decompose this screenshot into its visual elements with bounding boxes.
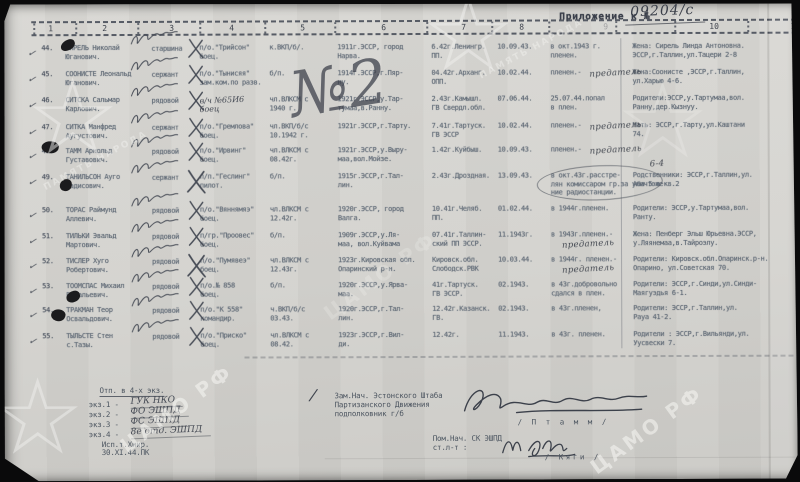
fate-annotation-handwriting: предатель (562, 263, 615, 276)
x-mark-handwriting (186, 301, 208, 321)
row-number: 50. (42, 206, 54, 215)
margin-scribble-handwriting (130, 222, 182, 236)
cell-draft: ГВ ЭССР. (432, 289, 463, 298)
cell-name: Освальдович. (66, 315, 112, 324)
cell-name: ТАНИЛЬСОН Ауго (66, 173, 120, 182)
cell-draft: ГВ Свердл.обл. (432, 103, 486, 112)
row-number: 53. (42, 282, 54, 291)
cell-name: СИТКА Манфред (66, 123, 116, 132)
row-checkmark: ✓ (27, 127, 37, 139)
cell-party: 08.42г. (270, 155, 297, 164)
cell-name: Густавович. (66, 156, 109, 165)
signature2-typed-name: / Кяги / (545, 452, 601, 461)
cell-relatives: Жена: Сирель Линда Антоновна. (632, 42, 744, 51)
cell-name: ТЫЛЬСТЕ Стен (66, 332, 112, 341)
copy-line-typed: экз.1 - (89, 400, 119, 409)
cell-name: ТИСЛЕР Хуго (66, 257, 109, 266)
cell-relatives: Родители: ЭССР,у.Тартумаа,вол. (633, 204, 749, 213)
cell-party: 12.43г. (270, 265, 297, 274)
row-checkmark: ✓ (27, 210, 37, 222)
cell-birth: 1921г.ЭССР,у.Выру- (338, 146, 408, 155)
cell-relatives: 74. (633, 130, 645, 139)
cell-draft: ГВ ЭССР (432, 130, 459, 139)
cell-party: 12.42г. (270, 214, 297, 223)
cell-birth: 1909г.ЭССР,у.Ля- (338, 231, 400, 240)
row-number: 44. (41, 44, 53, 53)
x-mark-handwriting (186, 227, 208, 247)
cell-relatives: Родители: Кировск.обл.Опаринск.р-н. (633, 255, 768, 264)
cell-party: чл.ВЛКСМ с (270, 256, 309, 265)
cell-draft: 07.41г.Таллин- (432, 231, 486, 240)
cell-draft: ГВ. (432, 313, 444, 322)
cell-date: 11.1943. (498, 331, 529, 340)
cell-birth: маа, вол.Куйвама (338, 240, 400, 249)
cell-draft: ский ПП ЭССР. (432, 239, 482, 248)
cell-birth: 1915г.ЭССР,г.Тал- (338, 172, 404, 181)
cell-party: чл.ВЛКСМ с (270, 146, 309, 155)
cell-draft: 41г.Тартуск. (432, 281, 478, 290)
row-number: 55. (42, 332, 54, 341)
row-number: 47. (42, 123, 54, 132)
cell-date: 10.09.43. (498, 146, 533, 155)
cell-name: ТИЛЬКИ Эвальд (66, 232, 116, 241)
cell-name: ТАММ Арнольд (66, 147, 112, 156)
big-number-handwriting: №2 (284, 44, 393, 132)
signature1-title: подполковник г/б (335, 409, 404, 418)
cell-date: 10.03.44. (498, 256, 533, 265)
margin-scribble-handwriting (130, 272, 182, 286)
cell-date: 11.1943г. (498, 231, 533, 240)
cell-date: 02.1943. (498, 281, 529, 290)
row-checkmark: ✓ (27, 310, 37, 322)
cell-relatives: Родители: ЭССР,г.Таллин,ул. (633, 304, 737, 313)
cell-fate: пленен. (550, 51, 577, 60)
cell-relatives: Мать: ЭССР,г.Тарту,ул.Каштани (633, 121, 745, 130)
row-number: 45. (41, 70, 53, 79)
cell-fate: в 1944г.пленен. (551, 204, 609, 213)
cell-name: ТОРАС Раймунд (66, 206, 116, 215)
row-checkmark: ✓ (27, 151, 37, 163)
copy-line-typed: экз.3 - (89, 420, 119, 429)
margin-scribble-handwriting (129, 34, 181, 48)
cell-draft: 04.42г.Арханг. (431, 69, 485, 78)
cell-fate: в 43г. пленен. (551, 330, 605, 339)
cell-fate: 25.07.44.попал (550, 94, 604, 103)
cell-party: б/п. (270, 281, 285, 290)
fate-circle-annotation (536, 163, 663, 203)
row-number: 51. (42, 232, 54, 241)
cell-name: ТООМСПАС Михаил (66, 282, 124, 291)
cell-draft: 10.41г.Челяб. (432, 205, 482, 214)
margin-scribble-handwriting (130, 322, 182, 336)
cell-birth: 1923г.Кировская обл. (338, 256, 415, 265)
cell-party: 03.43. (270, 314, 293, 323)
cell-birth: маа,вол.Мойзе. (338, 155, 392, 164)
cell-relatives: Маягуэдья 6-1. (633, 288, 687, 297)
cell-relatives: Ранту. (633, 213, 656, 222)
cell-name: ТРАКМАН Теор (66, 306, 112, 315)
cell-draft: 12.42г. (432, 331, 459, 340)
cell-fate: пленен.- (550, 68, 581, 77)
cell-draft: ПП. (432, 213, 444, 222)
x-mark-handwriting (186, 118, 208, 138)
cell-name: Юганович. (65, 53, 100, 62)
row-checkmark: ✓ (27, 236, 37, 248)
cell-birth: 1920г.ЭССР,г.Тал- (338, 305, 404, 314)
cell-name: Юганович. (65, 79, 100, 88)
x-mark-handwriting (186, 252, 208, 280)
cell-birth: лин. (338, 314, 353, 323)
cell-relatives: Ранну,дер.Кызнуу. (633, 102, 699, 111)
cell-fate: пленен.- (551, 145, 582, 154)
cell-relatives: ЭССР,г.Таллин,ул.Тацери 2-8 (632, 50, 736, 59)
cell-name: Мартович. (66, 241, 101, 250)
row-number: 46. (41, 96, 53, 105)
cell-date: 13.09.43. (498, 172, 533, 181)
x-mark-handwriting (186, 327, 208, 347)
cell-party: чл.ВЛКСМ с (270, 331, 309, 340)
margin-scribble-handwriting (129, 60, 181, 74)
cell-name: СООНИСТЕ Леональд (65, 70, 131, 79)
cell-relatives: у.Ляянемаа,в.Тайроэлу. (633, 238, 718, 247)
relatives-annotation-handwriting: 6-4 (649, 159, 664, 170)
cell-birth: Опаринский р-н. (338, 265, 396, 274)
cell-birth: 1920г.ЭССР,у.Ярва- (338, 281, 408, 290)
signature1-title: Партизанского Движения (335, 400, 430, 409)
cell-fate: сдался в плен. (551, 289, 605, 298)
margin-scribble-handwriting (130, 137, 182, 151)
cell-fate: в плен. (551, 103, 578, 112)
margin-scribble-handwriting (129, 86, 181, 100)
cell-party: к.ВКП/б/. (269, 43, 304, 52)
cell-name: Аллевич. (66, 215, 97, 224)
row-checkmark: ✓ (27, 261, 37, 273)
cell-unit: зам.ком.по разв. (199, 78, 261, 87)
signature1-typed-name: / П т а м м / (518, 417, 609, 426)
cell-fate: в 43г.пленен, (551, 304, 601, 313)
cell-name: СИТСКА Сальмар (65, 96, 119, 105)
margin-scribble-handwriting (130, 163, 182, 177)
row-checkmark: ✓ (26, 74, 36, 86)
cell-relatives: Уусвески 7. (633, 339, 676, 348)
cell-date: 10.02.44. (498, 122, 533, 131)
copy-line-typed: экз.2 - (89, 410, 119, 419)
scanned-document-page: { "header": { "stamp_label": "Приложение… (0, 0, 800, 482)
cell-draft: 6.42г.Ленингр. (431, 43, 485, 52)
x-mark-handwriting (185, 39, 207, 59)
document-sheet: 1234567891011 Приложение к № 09204/с ✓44… (3, 2, 798, 482)
cell-relatives: ул.Харью 4-6. (632, 77, 682, 86)
cell-draft: 2.43г.Камышл. (431, 95, 481, 104)
cell-draft: 12.42г.Казанск. (432, 305, 490, 314)
cell-name: Карлович. (66, 105, 101, 114)
cell-party: б/п. (270, 172, 285, 181)
cell-name: Аугустович. (66, 132, 109, 141)
cell-draft: Слободск.РВК (432, 264, 478, 273)
cell-birth: 1923г.ЭССР,г.Вил- (338, 331, 404, 340)
row-number: 49. (42, 173, 54, 182)
header-separator (796, 21, 798, 33)
margin-scribble-handwriting (130, 247, 182, 261)
signature1-title: Зам.Нач. Эстонского Штаба (335, 391, 443, 400)
cell-fate: пленен.- (551, 121, 582, 130)
cell-relatives: Опарино, ул.Советская 70. (633, 263, 730, 272)
cell-draft: Кировск.обл. (432, 256, 478, 265)
cell-birth: 1921г.ЭССР,г.Тарту. (338, 122, 411, 131)
row-checkmark: ✓ (27, 336, 37, 348)
copy-line-typed: экз.4 - (89, 430, 119, 439)
cell-relatives: Рауа 41-2. (633, 313, 672, 322)
fate-annotation-handwriting: предатель (562, 238, 615, 251)
signature2-title: ст.л-т : (433, 443, 468, 452)
cell-party: ч.ВКП/б/с (270, 305, 305, 314)
cell-unit: п/о."Вяннямяэ" (200, 206, 254, 215)
row-number: 52. (42, 257, 54, 266)
cell-party: б/п. (269, 69, 284, 78)
signature2-title: Пом.Нач. СК ЭШПД (433, 434, 502, 443)
row-checkmark: ✓ (27, 286, 37, 298)
cell-relatives: Родители: ЭССР,г.Синди,ул.Синди- (633, 280, 757, 289)
cell-party: б/п. (270, 231, 285, 240)
margin-scribble-handwriting (130, 296, 182, 310)
cell-birth: 1920г.ЭССР, город (338, 205, 404, 214)
date-line: 30.XI.44.ПК (102, 448, 150, 457)
row-checkmark: ✓ (26, 48, 36, 60)
cell-birth: Валга. (338, 214, 361, 223)
row-checkmark: ✓ (26, 100, 36, 112)
margin-scribble-handwriting (130, 113, 182, 127)
row-checkmark: ✓ (27, 177, 37, 189)
cell-birth: лин. (338, 181, 353, 190)
x-mark-handwriting (186, 142, 208, 162)
cell-fate: в окт.1943 г. (550, 42, 600, 51)
cell-name: с.Тазы. (66, 341, 93, 350)
cell-name: Робертович. (66, 266, 109, 275)
cell-relatives: Жена:Соонисте ,ЭССР,г.Таллин, (632, 68, 744, 77)
cell-date: 10.02.44. (497, 69, 532, 78)
cell-party: 10.1942 г. (270, 131, 309, 140)
cell-party: 08.42. (270, 340, 293, 349)
cell-draft: ОПП. (431, 77, 446, 86)
x-mark-handwriting (186, 168, 208, 196)
cell-relatives: Жена: Пенберг Эльш Юрьевна.ЭССР, (633, 230, 757, 239)
x-mark-handwriting (185, 65, 207, 85)
fate-annotation-handwriting: предатель (589, 144, 642, 157)
cell-birth: маа. (338, 290, 353, 299)
cell-party: чл.ВЛКСМ с (270, 205, 309, 214)
cell-birth: ди. (338, 340, 350, 349)
cell-date: 07.06.44. (497, 95, 532, 104)
x-mark-handwriting (185, 91, 207, 111)
margin-scribble-handwriting (130, 196, 182, 210)
cell-date: 02.1943. (498, 305, 529, 314)
x-mark-handwriting (186, 201, 208, 221)
cell-date: 10.09.43. (497, 43, 532, 52)
cell-relatives: Родители:ЭССР,у.Тартумаа,вол. (632, 94, 744, 103)
cell-draft: 2.43г.Дроздная. (432, 172, 490, 181)
cell-draft: 1.42г.Куйбыш. (432, 146, 482, 155)
cell-date: 01.02.44. (498, 205, 533, 214)
x-mark-handwriting (186, 277, 208, 297)
cell-relatives: Родители : ЭССР,г.Вильянди,ул. (633, 330, 749, 339)
cell-draft: 7.41г.Тартуск. (432, 122, 486, 131)
cell-unit: п/о."Гремлова" (200, 123, 254, 132)
cell-unit: п/гр."Проовес" (200, 232, 254, 241)
cell-fate: в 43г.добровольно (551, 280, 617, 289)
cell-draft: ПП. (431, 51, 443, 60)
